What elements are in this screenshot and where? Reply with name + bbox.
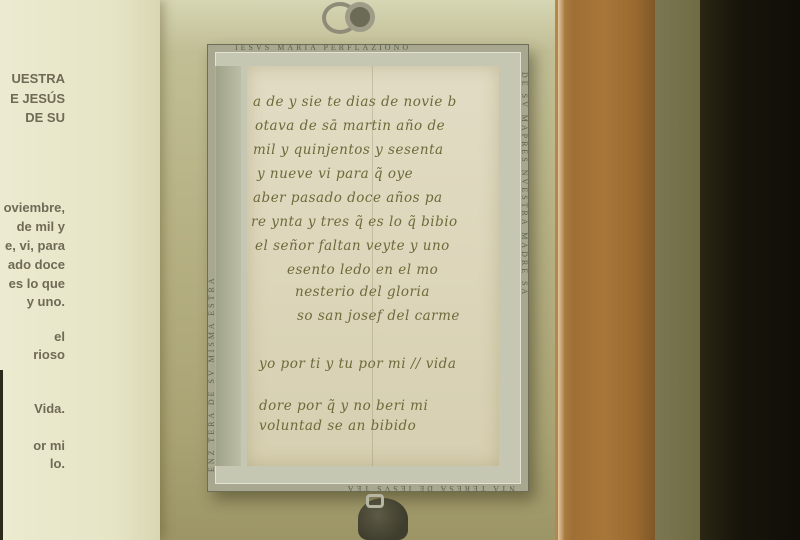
manuscript-line: y nueve vi para q̃ oye (257, 166, 413, 182)
placard-line: el (0, 329, 160, 345)
wooden-case-frame (555, 0, 655, 540)
manuscript-line: el señor faltan veyte y uno (255, 238, 450, 254)
museum-display-scene: UESTRA E JESÚS DE SU oviembre, de mil y … (0, 0, 800, 540)
frame-inscription-left: ENZ TERA DE SV MISMA ESTRA (207, 72, 215, 472)
placard-shadow-edge (0, 370, 3, 540)
placard-line: e, vi, para (0, 238, 160, 254)
manuscript-line: voluntad se an bibido (259, 418, 416, 434)
placard-line: de mil y (0, 219, 160, 235)
manuscript-line: nesterio del gloria (295, 284, 430, 300)
placard-line: lo. (0, 456, 160, 472)
dark-shadow-area (700, 0, 800, 540)
placard-line: ado doce (0, 257, 160, 273)
handwritten-manuscript: a de y sie te dias de novie b otava de s… (247, 66, 499, 466)
placard-line: UESTRA (0, 71, 160, 87)
manuscript-line: dore por q̃ y no beri mi (259, 398, 428, 414)
placard-line: oviembre, (0, 200, 160, 216)
hanging-loop-icon (345, 2, 375, 32)
placard-line: y uno. (0, 294, 160, 310)
placard-line: E JESÚS (0, 91, 160, 107)
frame-inscription-top: IESVS MARIA PERFLAZIONO (235, 43, 515, 52)
manuscript-line: a de y sie te dias de novie b (253, 94, 457, 110)
frame-inner-shadow (215, 66, 241, 466)
manuscript-line: so san josef del carme (297, 308, 460, 324)
placard-line: DE SU (0, 110, 160, 126)
placard-line: es lo que (0, 276, 160, 292)
manuscript-line: yo por ti y tu por mi // vida (259, 356, 456, 372)
info-placard: UESTRA E JESÚS DE SU oviembre, de mil y … (0, 0, 160, 540)
manuscript-line: mil y quinjentos y sesenta (253, 142, 444, 158)
manuscript-line: re ynta y tres q̃ es lo q̃ bibio (251, 214, 458, 230)
placard-line: rioso (0, 347, 160, 363)
frame-inscription-bottom: NTA TERESA DE IESVS TEA (235, 484, 515, 493)
reliquary-frame: IESVS MARIA PERFLAZIONO ENZ TERA DE SV M… (207, 44, 529, 492)
frame-inscription-right: DE SV MAPRES NVESTRA MADRE SA (521, 72, 529, 472)
manuscript-line: aber pasado doce años pa (253, 190, 443, 206)
manuscript-line: otava de sā martin año de (255, 118, 445, 134)
manuscript-line: esento ledo en el mo (287, 262, 438, 278)
bottom-ring-icon (366, 494, 384, 508)
placard-line: Vida. (0, 401, 160, 417)
wood-highlight-edge (558, 0, 564, 540)
placard-line: or mi (0, 438, 160, 454)
